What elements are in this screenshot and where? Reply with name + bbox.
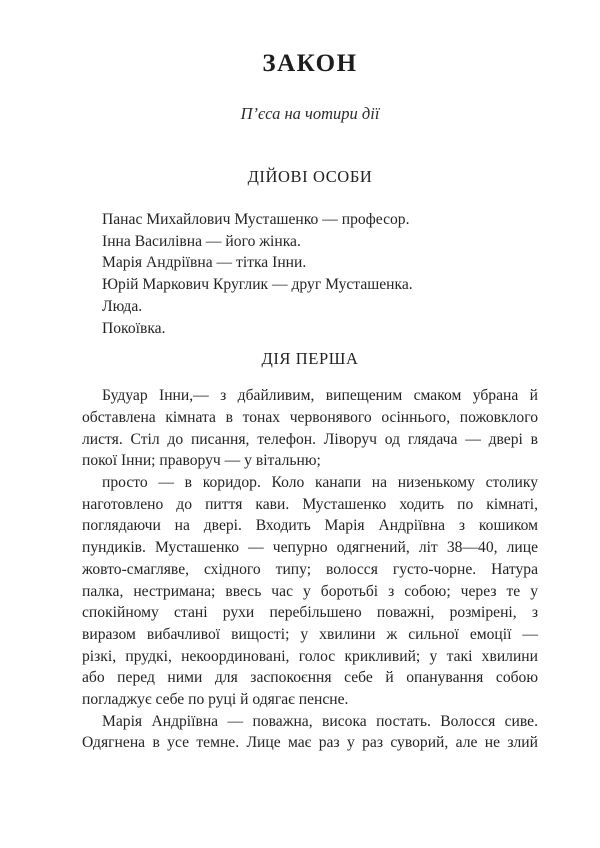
stage-direction-line: або перед ними для заспокоєння себе й оп… [82,667,538,689]
cast-list: Панас Михайлович Мусташенко — професор.І… [82,209,538,339]
stage-direction-line: просто — в коридор. Коло канапи на низен… [82,472,538,494]
book-page: ЗАКОН П’єса на чотири дії ДІЙОВІ ОСОБИ П… [0,0,600,848]
cast-entry: Марія Андріївна — тітка Інни. [102,252,538,274]
stage-direction-line: Марія Андріївна — поважна, висока постат… [82,711,538,733]
cast-entry: Інна Василівна — його жінка. [102,231,538,253]
stage-direction-line: наготовлено до пиття кави. Мусташенко хо… [82,494,538,516]
stage-direction-line: палка, нестримана; ввесь час у боротьбі … [82,581,538,603]
stage-direction-line: спокійному стані рухи перебільшено поваж… [82,602,538,624]
stage-direction-line: різкі, прудкі, некоординовані, голос кри… [82,646,538,668]
cast-entry: Покоївка. [102,318,538,340]
stage-direction-line: пундиків. Мусташенко — чепурно одягнений… [82,537,538,559]
stage-direction-line: погладжує себе по руці й одягає пенсне. [82,689,538,711]
play-subtitle: П’єса на чотири дії [82,103,538,125]
stage-direction-line: покої Інни; праворуч — у вітальню; [82,450,538,472]
stage-direction-line: обставлена кімната в тонах червонявого о… [82,407,538,429]
cast-heading: ДІЙОВІ ОСОБИ [82,166,538,188]
cast-entry: Люда. [102,296,538,318]
stage-direction-line: виразом вибачливої вищості; у хвилини ж … [82,624,538,646]
stage-direction-line: листя. Стіл до писання, телефон. Ліворуч… [82,429,538,451]
stage-directions: Будуар Інни,— з дбайливим, випещеним сма… [82,385,538,754]
cast-entry: Юрій Маркович Круглик — друг Мусташенка. [102,274,538,296]
act-heading: ДІЯ ПЕРША [82,348,538,370]
cast-entry: Панас Михайлович Мусташенко — професор. [102,209,538,231]
stage-direction-line: поглядаючи на двері. Входить Марія Андрі… [82,515,538,537]
play-title: ЗАКОН [82,50,538,78]
text-column: ЗАКОН П’єса на чотири дії ДІЙОВІ ОСОБИ П… [82,0,538,754]
stage-direction-line: Одягнена в усе темне. Лице має раз у раз… [82,732,538,754]
stage-direction-line: жовто-смагляве, східного типу; волосся г… [82,559,538,581]
stage-direction-line: Будуар Інни,— з дбайливим, випещеним сма… [82,385,538,407]
